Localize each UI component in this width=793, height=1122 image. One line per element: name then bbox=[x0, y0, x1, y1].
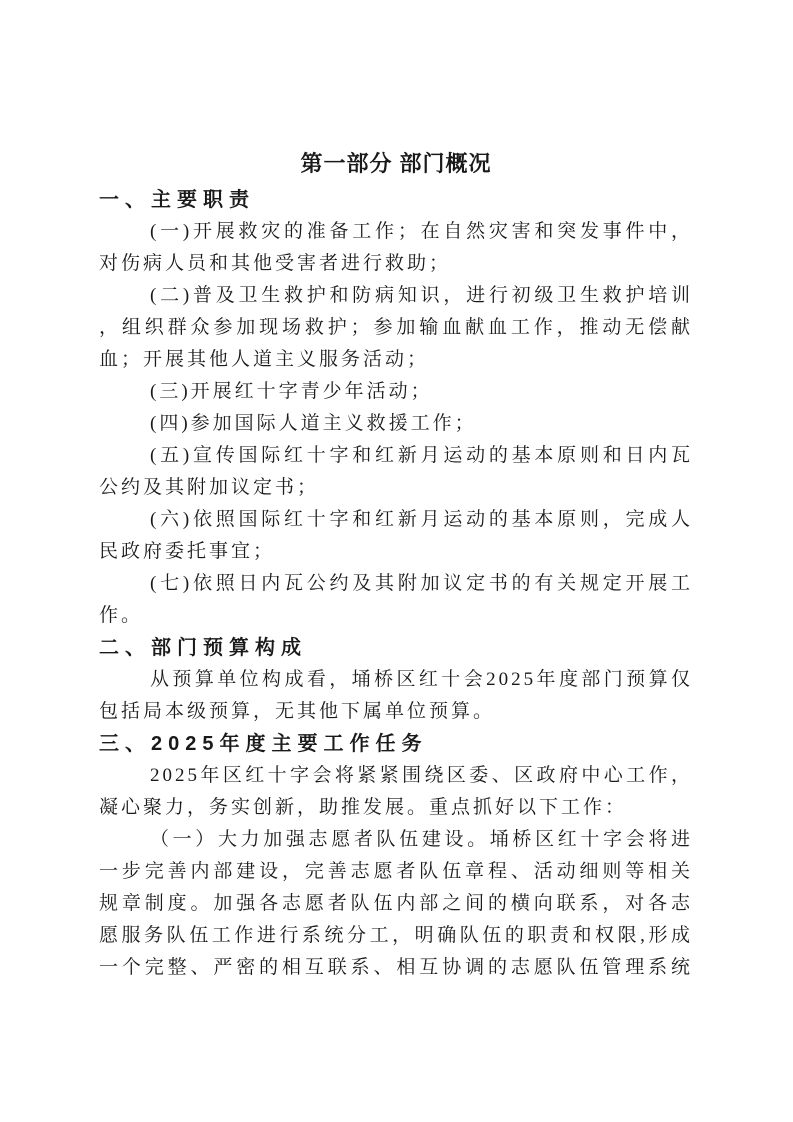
text-line: 对伤病人员和其他受害者进行救助； bbox=[99, 248, 693, 280]
document-content: 第一部分 部门概况 一、主要职责 (一)开展救灾的准备工作；在自然灾害和突发事件… bbox=[99, 144, 693, 984]
text-line: 一步完善内部建设，完善志愿者队伍章程、活动细则等相关 bbox=[99, 856, 693, 888]
section-heading-1: 一、主要职责 bbox=[99, 184, 693, 216]
section-heading-3: 三、2025年度主要工作任务 bbox=[99, 728, 693, 760]
text-line: (四)参加国际人道主义救援工作； bbox=[99, 408, 693, 440]
text-line: (六)依照国际红十字和红新月运动的基本原则，完成人 bbox=[99, 504, 693, 536]
text-line: (七)依照日内瓦公约及其附加议定书的有关规定开展工 bbox=[99, 568, 693, 600]
text-line: ，组织群众参加现场救护；参加输血献血工作，推动无偿献 bbox=[99, 312, 693, 344]
text-line: （一）大力加强志愿者队伍建设。埇桥区红十字会将进 bbox=[99, 824, 693, 856]
text-line: 包括局本级预算，无其他下属单位预算。 bbox=[99, 696, 693, 728]
text-line: 从预算单位构成看，埇桥区红十会2025年度部门预算仅 bbox=[99, 664, 693, 696]
text-line: 规章制度。加强各志愿者队伍内部之间的横向联系，对各志 bbox=[99, 888, 693, 920]
document-page: 第一部分 部门概况 一、主要职责 (一)开展救灾的准备工作；在自然灾害和突发事件… bbox=[0, 0, 793, 1122]
text-line: 愿服务队伍工作进行系统分工，明确队伍的职责和权限,形成 bbox=[99, 920, 693, 952]
section-heading-2: 二、部门预算构成 bbox=[99, 632, 693, 664]
text-line: (五)宣传国际红十字和红新月运动的基本原则和日内瓦 bbox=[99, 440, 693, 472]
text-line: (三)开展红十字青少年活动； bbox=[99, 376, 693, 408]
text-line: 凝心聚力，务实创新，助推发展。重点抓好以下工作： bbox=[99, 792, 693, 824]
text-line: 血；开展其他人道主义服务活动； bbox=[99, 344, 693, 376]
text-line: 民政府委托事宜； bbox=[99, 536, 693, 568]
text-line: (二)普及卫生救护和防病知识，进行初级卫生救护培训 bbox=[99, 280, 693, 312]
text-line: 公约及其附加议定书； bbox=[99, 472, 693, 504]
document-title: 第一部分 部门概况 bbox=[99, 144, 693, 184]
text-line: 作。 bbox=[99, 600, 693, 632]
text-line: 2025年区红十字会将紧紧围绕区委、区政府中心工作， bbox=[99, 760, 693, 792]
text-line: (一)开展救灾的准备工作；在自然灾害和突发事件中， bbox=[99, 216, 693, 248]
text-line: 一个完整、严密的相互联系、相互协调的志愿队伍管理系统 bbox=[99, 952, 693, 984]
